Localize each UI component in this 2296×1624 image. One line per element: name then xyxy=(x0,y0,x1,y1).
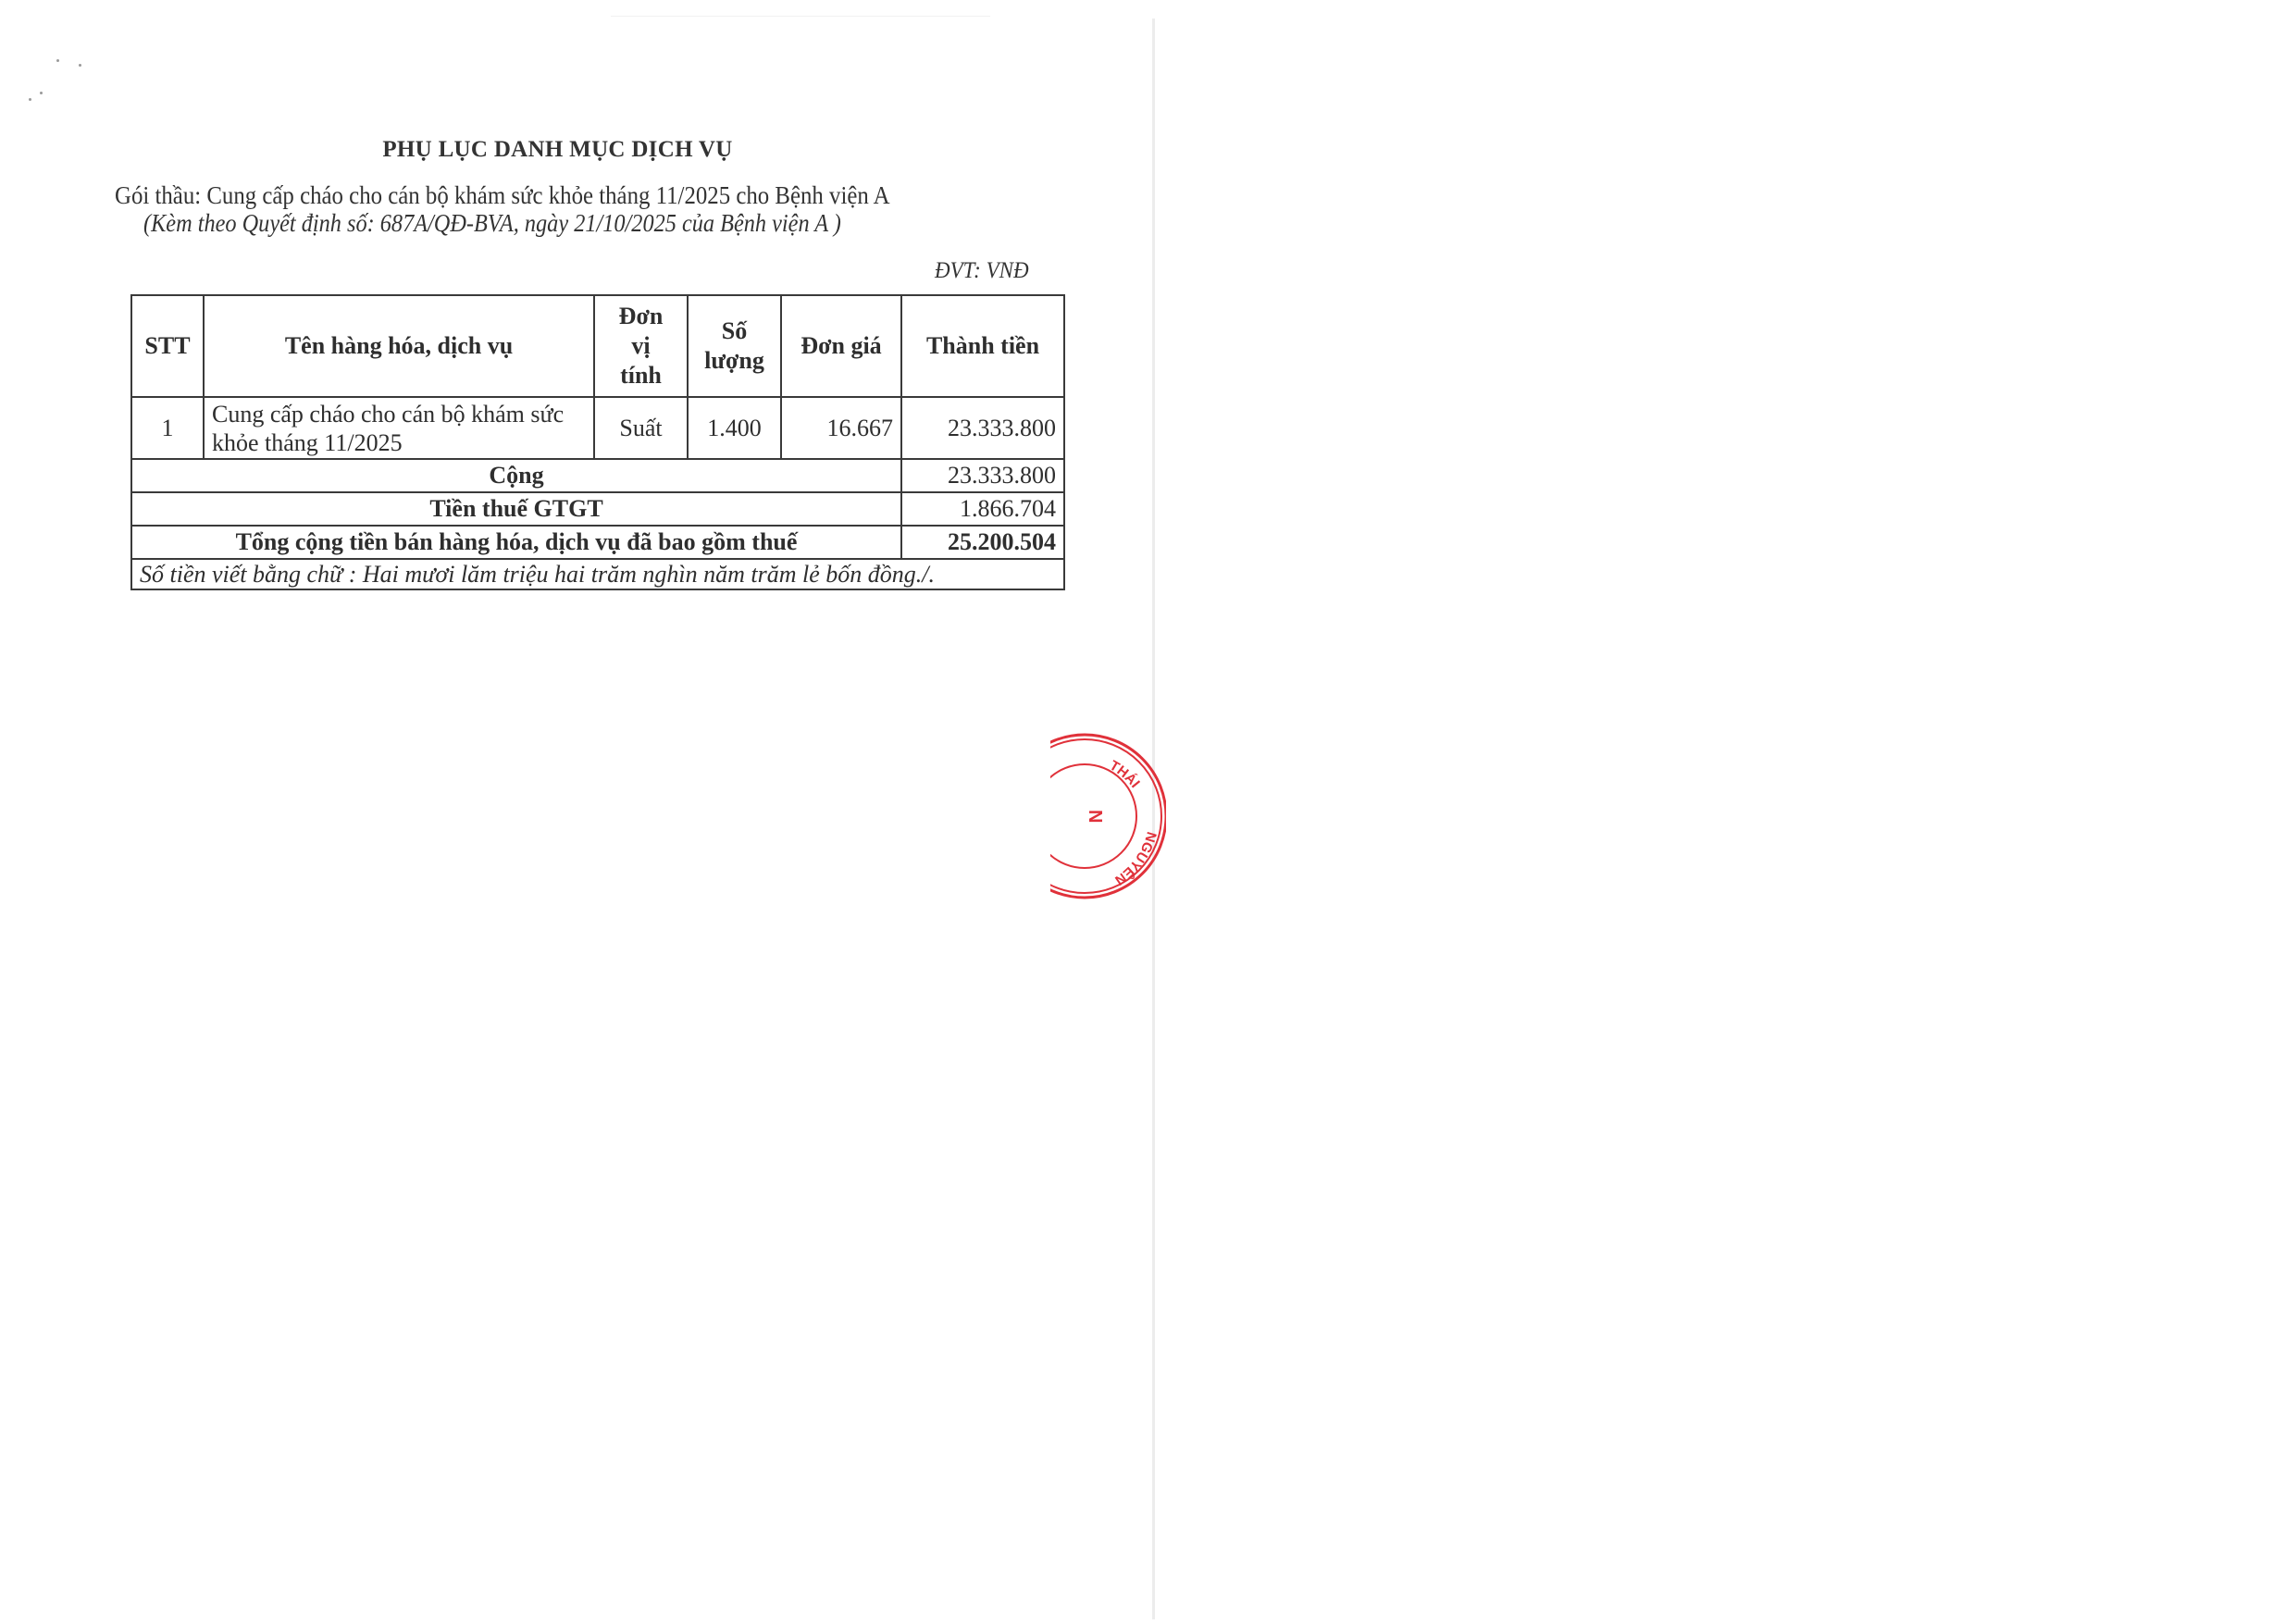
svg-text:THÁI: THÁI xyxy=(1107,758,1143,791)
cell-stt: 1 xyxy=(131,397,204,459)
vat-value: 1.866.704 xyxy=(901,492,1064,526)
scan-speck xyxy=(29,98,31,101)
header-qty: Số lượng xyxy=(688,295,781,397)
cell-name: Cung cấp cháo cho cán bộ khám sức khỏe t… xyxy=(204,397,594,459)
amount-in-words-row: Số tiền viết bằng chữ : Hai mươi lăm tri… xyxy=(131,559,1064,589)
header-price: Đơn giá xyxy=(781,295,901,397)
table-row: 1 Cung cấp cháo cho cán bộ khám sức khỏe… xyxy=(131,397,1064,459)
document-title: PHỤ LỤC DANH MỤC DỊCH VỤ xyxy=(356,137,759,163)
header-qty-line1: Số xyxy=(696,316,773,346)
tender-package-line: Gói thầu: Cung cấp cháo cho cán bộ khám … xyxy=(115,181,890,210)
header-unit-line1: Đơn xyxy=(602,302,679,331)
amount-in-words: Số tiền viết bằng chữ : Hai mươi lăm tri… xyxy=(131,559,1064,589)
header-unit: Đơn vị tính xyxy=(594,295,688,397)
red-seal-stamp: THÁI NGUYÊN N xyxy=(999,731,1166,902)
header-unit-line2: vị xyxy=(602,331,679,361)
grand-total-value: 25.200.504 xyxy=(901,526,1064,559)
header-unit-line3: tính xyxy=(602,361,679,391)
subtotal-row: Cộng 23.333.800 xyxy=(131,459,1064,492)
cell-qty: 1.400 xyxy=(688,397,781,459)
scan-speck xyxy=(56,59,59,62)
table-header-row: STT Tên hàng hóa, dịch vụ Đơn vị tính Số… xyxy=(131,295,1064,397)
subtotal-value: 23.333.800 xyxy=(901,459,1064,492)
grand-total-label: Tổng cộng tiền bán hàng hóa, dịch vụ đã … xyxy=(131,526,901,559)
header-name: Tên hàng hóa, dịch vụ xyxy=(204,295,594,397)
cell-unit: Suất xyxy=(594,397,688,459)
scan-speck xyxy=(79,64,81,67)
cell-total: 23.333.800 xyxy=(901,397,1064,459)
scan-speck xyxy=(40,92,43,94)
service-table: STT Tên hàng hóa, dịch vụ Đơn vị tính Số… xyxy=(130,294,1065,590)
header-total: Thành tiền xyxy=(901,295,1064,397)
vat-label: Tiền thuế GTGT xyxy=(131,492,901,526)
header-qty-line2: lượng xyxy=(696,346,773,376)
vat-row: Tiền thuế GTGT 1.866.704 xyxy=(131,492,1064,526)
seal-text-top: THÁI xyxy=(1107,758,1143,791)
decision-reference: (Kèm theo Quyết định số: 687A/QĐ-BVA, ng… xyxy=(143,209,841,238)
currency-unit-note: ĐVT: VNĐ xyxy=(935,258,1029,284)
seal-text-center: N xyxy=(1085,810,1105,823)
header-stt: STT xyxy=(131,295,204,397)
cell-price: 16.667 xyxy=(781,397,901,459)
grand-total-row: Tổng cộng tiền bán hàng hóa, dịch vụ đã … xyxy=(131,526,1064,559)
subtotal-label: Cộng xyxy=(131,459,901,492)
page-edge-line xyxy=(611,16,990,17)
